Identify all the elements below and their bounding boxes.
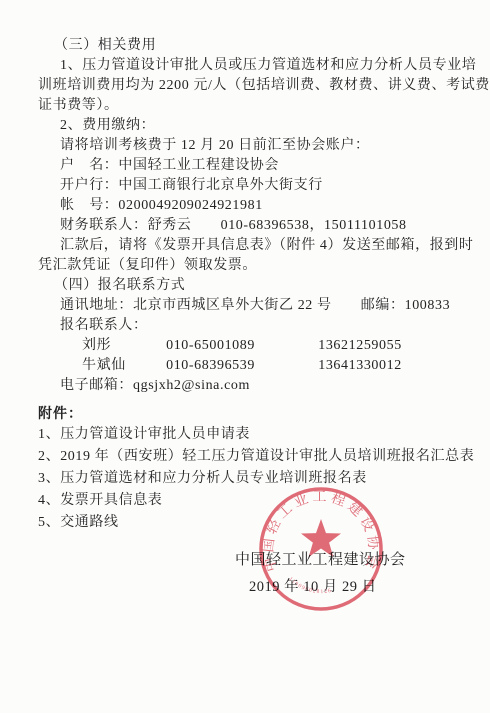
payment-intro: 请将培训考核费于 12 月 20 日前汇至协会账户： bbox=[38, 136, 468, 156]
contact-row: 牛斌仙 010-68396539 13641330012 bbox=[38, 356, 468, 376]
finance-contact: 财务联系人：舒秀云 010-68396538，15011101058 bbox=[38, 216, 468, 236]
account-number: 帐 号：0200049209024921981 bbox=[38, 196, 468, 216]
attachment-item: 1、压力管道设计审批人员申请表 bbox=[38, 424, 468, 446]
contact-mobile: 13641330012 bbox=[318, 358, 402, 373]
attachment-item: 3、压力管道选材和应力分析人员专业培训班报名表 bbox=[38, 468, 468, 490]
contact-mobile: 13621259055 bbox=[318, 338, 402, 353]
invoice-note-line: 汇款后，请将《发票开具信息表》（附件 4）发送至邮箱，报到时 bbox=[38, 236, 468, 256]
attachments-section: 附件： 1、压力管道设计审批人员申请表 2、2019 年（西安班）轻工压力管道设… bbox=[38, 402, 468, 534]
section3-heading: （三）相关费用 bbox=[38, 36, 468, 56]
contact-name: 牛斌仙 bbox=[82, 356, 162, 376]
fee-paragraph-line: 训班培训费用均为 2200 元/人（包括培训费、教材费、讲义费、考试费、 bbox=[38, 76, 468, 96]
attachment-item: 2、2019 年（西安班）轻工压力管道设计审批人员培训班报名汇总表 bbox=[38, 446, 468, 468]
contact-name: 刘彤 bbox=[82, 336, 162, 356]
account-name: 户 名：中国轻工业工程建设协会 bbox=[38, 156, 468, 176]
fee-paragraph-line: 1、压力管道设计审批人员或压力管道选材和应力分析人员专业培 bbox=[38, 56, 468, 76]
contact-phone: 010-65001089 bbox=[166, 336, 314, 356]
bank-name: 开户行：中国工商银行北京阜外大街支行 bbox=[38, 176, 468, 196]
attachments-heading: 附件： bbox=[38, 402, 468, 424]
payment-heading: 2、费用缴纳： bbox=[38, 116, 468, 136]
contacts-label: 报名联系人： bbox=[38, 316, 468, 336]
fee-paragraph-line: 证书费等）。 bbox=[38, 96, 468, 116]
email-line: 电子邮箱：qgsjxh2@sina.com bbox=[38, 376, 468, 396]
section4-heading: （四）报名联系方式 bbox=[38, 276, 468, 296]
invoice-note-line: 凭汇款凭证（复印件）领取发票。 bbox=[38, 256, 468, 276]
signature-date: 2019 年 10 月 29 日 bbox=[249, 575, 377, 596]
mailing-address: 通讯地址：北京市西城区阜外大街乙 22 号 邮编：100833 bbox=[38, 296, 468, 316]
contact-phone: 010-68396539 bbox=[166, 356, 314, 376]
document-body: （三）相关费用 1、压力管道设计审批人员或压力管道选材和应力分析人员专业培 训班… bbox=[38, 36, 468, 534]
attachment-item: 5、交通路线 bbox=[38, 512, 468, 534]
document-page: （三）相关费用 1、压力管道设计审批人员或压力管道选材和应力分析人员专业培 训班… bbox=[0, 0, 490, 713]
contact-row: 刘彤 010-65001089 13621259055 bbox=[38, 336, 468, 356]
signature-organization: 中国轻工业工程建设协会 bbox=[235, 548, 406, 569]
attachment-item: 4、发票开具信息表 bbox=[38, 490, 468, 512]
